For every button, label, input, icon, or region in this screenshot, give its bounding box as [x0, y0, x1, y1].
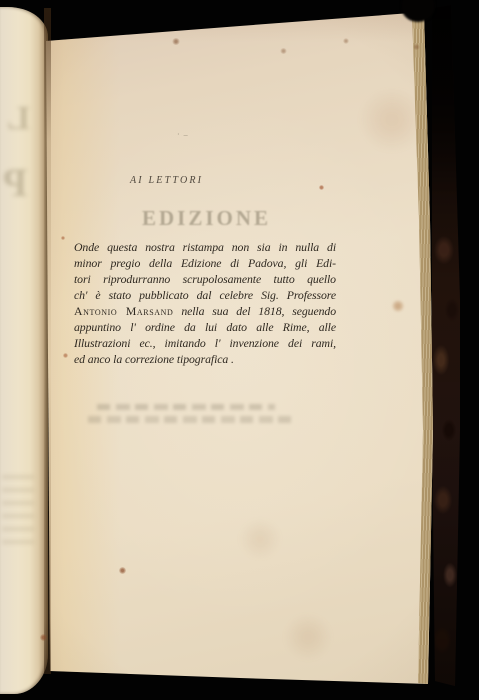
author-small-caps: Antonio Marsand [74, 304, 173, 318]
book-photo: L P · – AI LETTORI EDIZIONE Onde questa … [0, 0, 479, 700]
paragraph-line: Antonio Marsand nella sua del 1818, segu… [74, 303, 336, 319]
printers-mark: · – [177, 130, 189, 139]
paragraph-line: Onde questa nostra ristampa non sia in n… [74, 239, 336, 255]
paper-stain [240, 520, 280, 558]
gutter-crease [44, 8, 51, 674]
foxing-spot [172, 38, 180, 45]
foxing-spot [119, 567, 126, 574]
paper-stain [285, 615, 331, 659]
foxing-spot [343, 38, 349, 44]
showthrough-title-text: EDIZIONE [142, 206, 271, 231]
showthrough-text-line [88, 416, 293, 423]
foxing-spot [280, 48, 287, 54]
foxing-spot [40, 634, 47, 641]
paper-stain [360, 90, 424, 150]
body-paragraph: Onde questa nostra ristampa non sia in n… [74, 239, 336, 367]
facing-page-showthrough-letter: L [7, 102, 30, 136]
foxing-spot [392, 300, 404, 312]
paragraph-line: minor pregio della Edizione di Padova, g… [74, 255, 336, 271]
showthrough-text-line [97, 404, 275, 410]
paragraph-line-text: nella sua del 1818, seguendo [173, 304, 336, 318]
paragraph-line: appuntino l' ordine da lui dato alle Rim… [74, 319, 336, 335]
foxing-spot [413, 44, 420, 50]
facing-page-showthrough-letter: P [3, 163, 27, 203]
facing-page: L P [0, 7, 48, 694]
foxing-spot [319, 185, 324, 190]
page-heading: AI LETTORI [130, 175, 203, 186]
paragraph-line: Illustrazioni ec., imitando l' invenzion… [74, 335, 336, 351]
foxing-spot [63, 353, 68, 358]
foxing-spot [61, 236, 65, 240]
paragraph-line: ch' è stato pubblicato dal celebre Sig. … [74, 287, 336, 303]
facing-page-showthrough-smudge [2, 475, 34, 549]
paragraph-line: ed anco la correzione tipografica . [74, 351, 336, 367]
paragraph-line: tori riprodurranno scrupolosamente tutto… [74, 271, 336, 287]
